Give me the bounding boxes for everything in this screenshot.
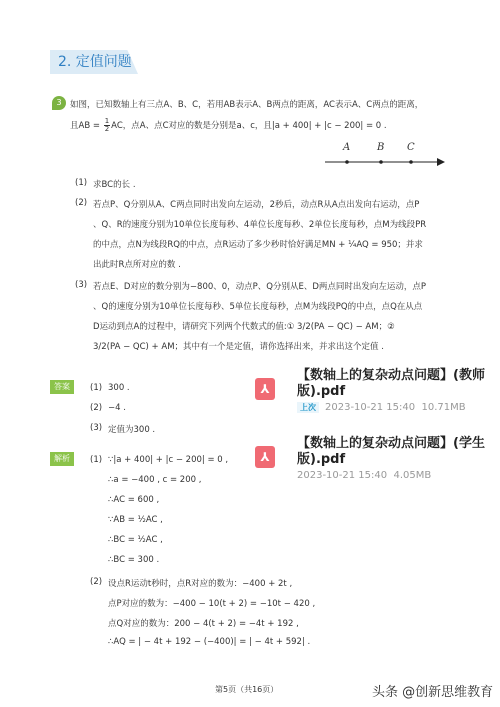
- answer-label-3: (3): [90, 423, 102, 433]
- recent-badge: 上次: [297, 402, 319, 413]
- part-2-line3: 的中点，点N为线段RQ的中点，点R运动了多少秒时恰好满足MN + ¼AQ = 9…: [93, 238, 423, 250]
- part-label-3: (3): [75, 280, 87, 290]
- file-item-teacher[interactable]: ⅄ 【数轴上的复杂动点问题】(教师版).pdf 上次2023-10-21 15:…: [255, 368, 500, 418]
- analysis-line: ∵AB = ½AC ,: [108, 515, 163, 525]
- part-2-line4: 出此时R点所对应的数 .: [93, 258, 181, 270]
- point-label-a: A: [343, 142, 350, 153]
- part-3-line4: 3/2(PA − QC) + AM；其中有一个是定值，请你选择出来，并求出这个定…: [93, 340, 384, 352]
- answer-tag: 答案: [50, 380, 74, 394]
- part-3-line2: 、Q的速度分别为10单位长度每秒、5单位长度每秒，点M为线段PQ的中点，点Q在从…: [93, 300, 422, 312]
- analysis-part1-label: (1): [90, 455, 102, 465]
- part-3-line3: D运动到点A的过程中，请研究下列两个代数式的值:① 3/2(PA − QC) −…: [93, 320, 395, 332]
- answer-label-1: (1): [90, 383, 102, 393]
- analysis-tag: 解析: [50, 452, 74, 466]
- part-2-line2: 、Q、R的速度分别为10单位长度每秒、4单位长度每秒、2单位长度每秒，点M为线段…: [93, 218, 426, 230]
- analysis-line: ∴AQ = | − 4t + 192 − (−400)| = | − 4t + …: [108, 637, 310, 647]
- pdf-icon: ⅄: [255, 446, 275, 468]
- point-label-b: B: [377, 142, 384, 153]
- analysis-line: ∴a = −400 , c = 200 ,: [108, 475, 201, 485]
- analysis-line: 设点R运动t秒时，点R对应的数为：−400 + 2t ,: [108, 577, 292, 589]
- file-item-student[interactable]: ⅄ 【数轴上的复杂动点问题】(学生版).pdf 2023-10-21 15:40…: [255, 436, 500, 486]
- question-intro-line1: 如图，已知数轴上有三点A、B、C，若用AB表示A、B两点的距离，AC表示A、C两…: [70, 98, 423, 110]
- file-title: 【数轴上的复杂动点问题】(教师版).pdf: [297, 368, 497, 400]
- answer-text-3: 定值为300 .: [108, 423, 155, 435]
- answer-label-2: (2): [90, 403, 102, 413]
- analysis-line: ∴BC = ½AC ,: [108, 535, 163, 545]
- part-2-line1: 若点P、Q分别从A、C两点同时出发向左运动，2秒后，动点R从A点出发向右运动，点…: [93, 198, 419, 210]
- file-title: 【数轴上的复杂动点问题】(学生版).pdf: [297, 436, 497, 468]
- analysis-part2-label: (2): [90, 577, 102, 587]
- answer-text-2: −4 .: [108, 403, 126, 413]
- analysis-line: ∴BC = 300 .: [108, 555, 159, 565]
- part-label-1: (1): [75, 178, 87, 188]
- question-number-badge: 3: [52, 96, 66, 110]
- analysis-line: 点P对应的数为：−400 − 10(t + 2) = −10t − 420 ,: [108, 597, 315, 609]
- page-number: 第5页（共16页）: [215, 684, 278, 695]
- section-title: 2. 定值问题: [50, 50, 138, 74]
- point-label-c: C: [407, 142, 415, 153]
- pdf-icon: ⅄: [255, 378, 275, 400]
- analysis-line: 点Q对应的数为：200 − 4(t + 2) = −4t + 192 ,: [108, 617, 299, 629]
- question-intro-line2: 且AB = 12AC，点A、点C对应的数是分别是a、c，且|a + 400| +…: [70, 118, 387, 133]
- file-meta: 上次2023-10-21 15:40 10.71MB: [297, 402, 466, 413]
- analysis-line: ∴AC = 600 ,: [108, 495, 159, 505]
- analysis-line: ∵|a + 400| + |c − 200| = 0 ,: [108, 455, 228, 465]
- part-3-line1: 若点E、D对应的数分别为−800、0，动点P、Q分别从E、D两点同时出发向左运动…: [93, 280, 426, 292]
- part-label-2: (2): [75, 198, 87, 208]
- answer-text-1: 300 .: [108, 383, 130, 393]
- watermark: 头条 @创新思维教育: [372, 681, 493, 700]
- number-line-figure: A B C: [325, 142, 445, 172]
- part-1-text: 求BC的长 .: [93, 178, 136, 190]
- file-meta: 2023-10-21 15:40 4.05MB: [297, 470, 431, 481]
